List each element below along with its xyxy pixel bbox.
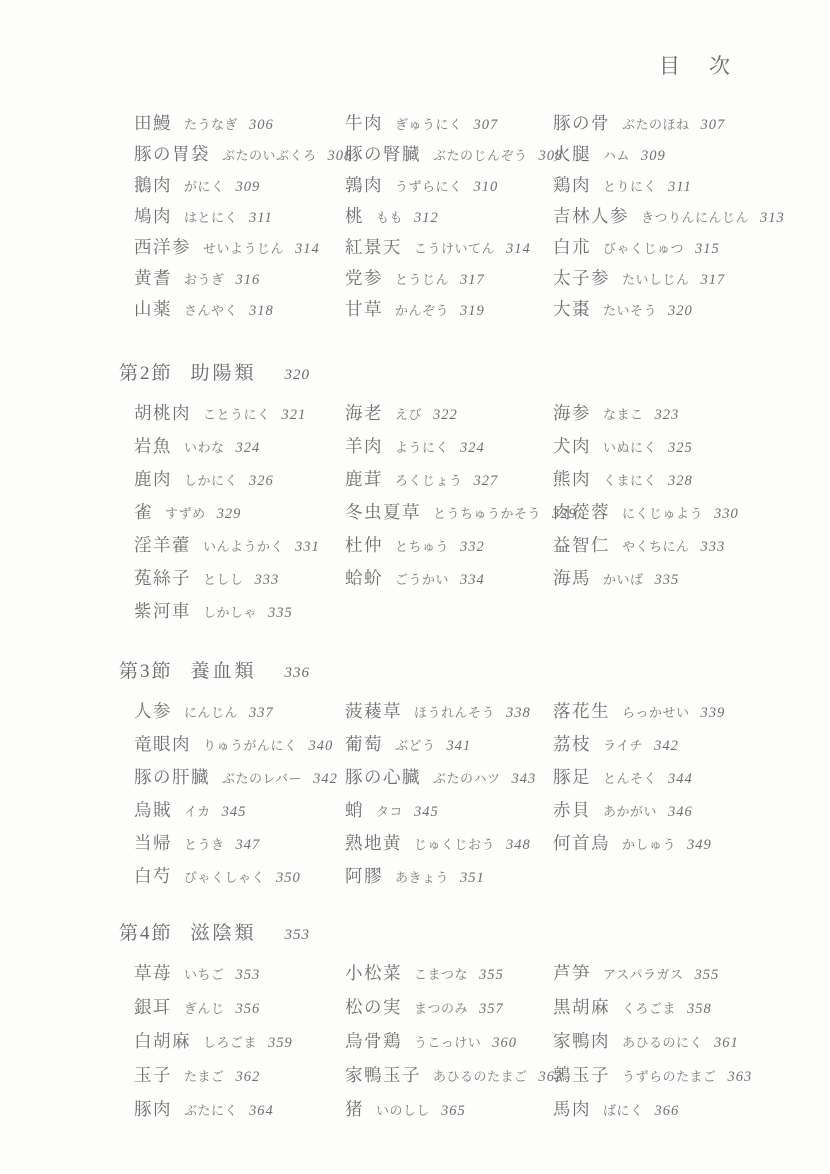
entry-term: 黒胡麻 [553, 997, 610, 1017]
entry-reading: かんぞう [395, 303, 449, 318]
entry-term: 甘草 [345, 299, 383, 319]
entry-term: 犬肉 [553, 436, 591, 456]
toc-entry: 甘草かんぞう319 [345, 296, 553, 321]
entry-term: 豚の腎臓 [345, 144, 421, 164]
toc-entry: 山薬さんやく318 [134, 296, 345, 321]
toc-entry: 人参にんじん337 [134, 698, 345, 723]
entry-term: 田鰻 [134, 113, 172, 133]
toc-entry: 鶏肉とりにく311 [553, 172, 830, 197]
entry-reading: あきょう [395, 870, 449, 885]
toc-entry: 吉林人参きつりんにんじん313 [553, 203, 830, 228]
entry-term: 牛肉 [345, 113, 383, 133]
entry-reading: びゃくしゃく [184, 870, 265, 885]
entry-reading: ろくじょう [395, 473, 463, 488]
entry-term: 草苺 [134, 963, 172, 983]
section-label: 第2節 [119, 363, 173, 384]
entry-reading: たいしじん [622, 272, 690, 287]
entry-reading: りゅうがんにく [203, 738, 298, 753]
section-rows: 胡桃肉ことうにく321海老えび322海参なまこ323岩魚いわな324羊肉ようにく… [0, 400, 830, 631]
toc-entry: 豚の心臓ぶたのハツ343 [345, 764, 553, 789]
toc-row: 草苺いちご353小松菜こまつな355芦笋アスパラガス355 [0, 960, 830, 994]
entry-term: 吉林人参 [553, 206, 629, 226]
entry-reading: とうじん [395, 272, 449, 287]
entry-reading: やくちにん [622, 539, 690, 554]
toc-entry: 蛸タコ345 [345, 797, 553, 822]
entry-page: 335 [268, 605, 293, 621]
toc-row: 竜眼肉りゅうがんにく340葡萄ぶどう341茘枝ライチ342 [0, 731, 830, 764]
entry-page: 307 [701, 117, 726, 133]
entry-reading: ばにく [603, 1103, 644, 1118]
entry-page: 330 [714, 506, 739, 522]
toc-entry: 冬虫夏草とうちゅうかそう329 [345, 499, 553, 524]
toc-entry: 海馬かいば335 [553, 565, 830, 590]
entry-page: 357 [479, 1001, 504, 1017]
entry-page: 345 [222, 804, 247, 820]
toc-row: 淫羊藿いんようかく331杜仲とちゅう332益智仁やくちにん333 [0, 532, 830, 565]
entry-term: 鶉玉子 [553, 1065, 610, 1085]
entry-page: 343 [512, 771, 537, 787]
entry-page: 316 [236, 272, 261, 288]
entry-term: 海老 [345, 403, 383, 423]
entry-term: 何首烏 [553, 833, 610, 853]
entry-term: 玉子 [134, 1065, 172, 1085]
entry-term: 鹿肉 [134, 469, 172, 489]
entry-page: 324 [236, 440, 261, 456]
toc-entry: 鶉玉子うずらのたまご363 [553, 1062, 830, 1087]
toc-entry: 益智仁やくちにん333 [553, 532, 830, 557]
entry-term: 家鴨肉 [553, 1031, 610, 1051]
entry-reading: ごうかい [395, 572, 449, 587]
entry-page: 306 [249, 117, 274, 133]
toc-entry: 淫羊藿いんようかく331 [134, 532, 345, 557]
section-page: 353 [285, 927, 311, 943]
entry-term: 豚足 [553, 767, 591, 787]
entry-term: 白朮 [553, 237, 591, 257]
entry-reading: あひるのにく [622, 1035, 703, 1050]
entry-page: 311 [249, 210, 273, 226]
entry-page: 342 [313, 771, 338, 787]
entry-reading: らっかせい [622, 705, 690, 720]
entry-page: 351 [460, 870, 485, 886]
entry-term: 益智仁 [553, 535, 610, 555]
entry-page: 335 [655, 572, 680, 588]
toc-entry: 猪いのしし365 [345, 1096, 553, 1121]
toc-row: 人参にんじん337菠薐草ほうれんそう338落花生らっかせい339 [0, 698, 830, 731]
entry-term: 竜眼肉 [134, 734, 191, 754]
toc-entry: 何首烏かしゅう349 [553, 830, 830, 855]
entry-term: 家鴨玉子 [345, 1065, 421, 1085]
toc-section: 第2節助陽類320胡桃肉ことうにく321海老えび322海参なまこ323岩魚いわな… [0, 362, 830, 631]
toc-entry: 豚の肝臓ぶたのレバー342 [134, 764, 345, 789]
toc-row: 当帰とうき347熟地黄じゅくじおう348何首烏かしゅう349 [0, 830, 830, 863]
toc-entry: 銀耳ぎんじ356 [134, 994, 345, 1019]
entry-page: 333 [701, 539, 726, 555]
toc-entry: 太子参たいしじん317 [553, 265, 830, 290]
entry-term: 海馬 [553, 568, 591, 588]
entry-reading: アスパラガス [603, 967, 683, 982]
toc-entry: 羊肉ようにく324 [345, 433, 553, 458]
entry-reading: とりにく [603, 179, 657, 194]
entry-reading: ぶたのじんぞう [433, 148, 528, 163]
entry-reading: さんやく [184, 303, 238, 318]
section-rows: 田鰻たうなぎ306牛肉ぎゅうにく307豚の骨ぶたのほね307豚の胃袋ぶたのいぶく… [0, 110, 830, 327]
entry-reading: ぶたのいぶくろ [222, 148, 317, 163]
entry-reading: せいようじん [203, 241, 284, 256]
section-page: 336 [285, 665, 311, 681]
toc-entry: 芦笋アスパラガス355 [553, 960, 830, 985]
entry-reading: うずらにく [395, 179, 463, 194]
toc-entry: 豚の腎臓ぶたのじんぞう308 [345, 141, 553, 166]
entry-page: 356 [236, 1001, 261, 1017]
entry-reading: がにく [184, 179, 225, 194]
toc-entry: 杜仲とちゅう332 [345, 532, 553, 557]
entry-reading: ぶどう [395, 738, 436, 753]
entry-page: 320 [668, 303, 693, 319]
entry-term: 鶉肉 [345, 175, 383, 195]
section-name: 滋陰類 [191, 923, 257, 944]
entry-reading: うずらのたまご [622, 1069, 717, 1084]
toc-entry: 黄耆おうぎ316 [134, 265, 345, 290]
entry-page: 348 [506, 837, 531, 853]
entry-page: 318 [249, 303, 274, 319]
entry-term: 火腿 [553, 144, 591, 164]
entry-term: 小松菜 [345, 963, 402, 983]
entry-page: 333 [255, 572, 280, 588]
toc-entry: 菟絲子としし333 [134, 565, 345, 590]
entry-term: 鳩肉 [134, 206, 172, 226]
entry-term: 肉蓯蓉 [553, 502, 610, 522]
entry-term: 鹿茸 [345, 469, 383, 489]
toc-row: 山薬さんやく318甘草かんぞう319大棗たいそう320 [0, 296, 830, 327]
entry-page: 313 [760, 210, 785, 226]
entry-term: 羊肉 [345, 436, 383, 456]
entry-term: 大棗 [553, 299, 591, 319]
toc-section: 第4節滋陰類353草苺いちご353小松菜こまつな355芦笋アスパラガス355銀耳… [0, 922, 830, 1130]
entry-term: 西洋参 [134, 237, 191, 257]
entry-term: 人参 [134, 701, 172, 721]
entry-reading: ぶたのレバー [222, 771, 302, 786]
entry-page: 345 [414, 804, 439, 820]
toc-entry: 葡萄ぶどう341 [345, 731, 553, 756]
entry-term: 烏賊 [134, 800, 172, 820]
entry-reading: いわな [184, 440, 225, 455]
toc-row: 田鰻たうなぎ306牛肉ぎゅうにく307豚の骨ぶたのほね307 [0, 110, 830, 141]
section-name: 助陽類 [191, 363, 257, 384]
entry-term: 太子参 [553, 268, 610, 288]
entry-term: 白芍 [134, 866, 172, 886]
toc-entry: 胡桃肉ことうにく321 [134, 400, 345, 425]
entry-page: 314 [506, 241, 531, 257]
entry-reading: ぎんじ [184, 1001, 225, 1016]
entry-page: 331 [295, 539, 320, 555]
toc-entry: 黒胡麻くろごま358 [553, 994, 830, 1019]
entry-reading: にくじゅよう [622, 506, 703, 521]
toc-entry: 海参なまこ323 [553, 400, 830, 425]
entry-reading: いぬにく [603, 440, 657, 455]
toc-section: 田鰻たうなぎ306牛肉ぎゅうにく307豚の骨ぶたのほね307豚の胃袋ぶたのいぶく… [0, 110, 830, 327]
toc-row: 銀耳ぎんじ356松の実まつのみ357黒胡麻くろごま358 [0, 994, 830, 1028]
toc-entry: 火腿ハム309 [553, 141, 830, 166]
entry-page: 360 [492, 1035, 517, 1051]
entry-reading: いのしし [376, 1103, 430, 1118]
entry-term: 豚の胃袋 [134, 144, 210, 164]
toc-entry: 落花生らっかせい339 [553, 698, 830, 723]
entry-reading: ぎゅうにく [395, 117, 463, 132]
entry-page: 323 [655, 407, 680, 423]
entry-reading: ぶたのハツ [433, 771, 501, 786]
entry-reading: あひるのたまご [433, 1069, 528, 1084]
toc-row: 豚の肝臓ぶたのレバー342豚の心臓ぶたのハツ343豚足とんそく344 [0, 764, 830, 797]
entry-reading: しかにく [184, 473, 238, 488]
entry-page: 324 [460, 440, 485, 456]
toc: 田鰻たうなぎ306牛肉ぎゅうにく307豚の骨ぶたのほね307豚の胃袋ぶたのいぶく… [0, 110, 830, 1130]
entry-page: 346 [668, 804, 693, 820]
section-label: 第4節 [119, 923, 173, 944]
entry-page: 314 [295, 241, 320, 257]
entry-reading: もも [376, 210, 403, 225]
entry-reading: とうちゅうかそう [433, 506, 541, 521]
toc-entry: 赤貝あかがい346 [553, 797, 830, 822]
section-rows: 人参にんじん337菠薐草ほうれんそう338落花生らっかせい339竜眼肉りゅうがん… [0, 698, 830, 896]
entry-page: 355 [479, 967, 504, 983]
entry-reading: すずめ [165, 506, 206, 521]
toc-entry: 鵝肉がにく309 [134, 172, 345, 197]
entry-page: 364 [249, 1103, 274, 1119]
toc-entry: 家鴨玉子あひるのたまご363 [345, 1062, 553, 1087]
entry-page: 353 [236, 967, 261, 983]
entry-term: 豚の肝臓 [134, 767, 210, 787]
entry-reading: かしゅう [622, 837, 676, 852]
entry-page: 317 [460, 272, 485, 288]
toc-entry: 雀すずめ329 [134, 499, 345, 524]
entry-reading: ことうにく [203, 407, 271, 422]
entry-page: 350 [276, 870, 301, 886]
toc-entry: 熟地黄じゅくじおう348 [345, 830, 553, 855]
entry-reading: しろごま [203, 1035, 257, 1050]
entry-term: 鵝肉 [134, 175, 172, 195]
entry-term: 馬肉 [553, 1099, 591, 1119]
entry-term: 蛤蚧 [345, 568, 383, 588]
toc-row: 白芍びゃくしゃく350阿膠あきょう351 [0, 863, 830, 896]
toc-entry: 鹿茸ろくじょう327 [345, 466, 553, 491]
entry-reading: イカ [184, 804, 211, 819]
toc-entry: 西洋参せいようじん314 [134, 234, 345, 259]
entry-reading: たいそう [603, 303, 657, 318]
entry-page: 355 [694, 967, 719, 983]
entry-page: 359 [268, 1035, 293, 1051]
toc-entry: 桃もも312 [345, 203, 553, 228]
entry-term: 茘枝 [553, 734, 591, 754]
entry-page: 309 [236, 179, 261, 195]
toc-entry: 草苺いちご353 [134, 960, 345, 985]
toc-entry: 大棗たいそう320 [553, 296, 830, 321]
entry-term: 冬虫夏草 [345, 502, 421, 522]
page-title: 目 次 [659, 50, 734, 80]
entry-reading: くろごま [622, 1001, 676, 1016]
entry-term: 猪 [345, 1099, 364, 1119]
entry-reading: たまご [184, 1069, 225, 1084]
toc-row: 烏賊イカ345蛸タコ345赤貝あかがい346 [0, 797, 830, 830]
entry-page: 310 [474, 179, 499, 195]
entry-reading: なまこ [603, 407, 644, 422]
toc-entry: 烏賊イカ345 [134, 797, 345, 822]
toc-row: 白胡麻しろごま359烏骨鶏うこっけい360家鴨肉あひるのにく361 [0, 1028, 830, 1062]
entry-page: 309 [641, 148, 666, 164]
entry-page: 358 [687, 1001, 712, 1017]
toc-entry: 党参とうじん317 [345, 265, 553, 290]
entry-term: 芦笋 [553, 963, 591, 983]
toc-entry: 玉子たまご362 [134, 1062, 345, 1087]
toc-entry: 鹿肉しかにく326 [134, 466, 345, 491]
entry-term: 赤貝 [553, 800, 591, 820]
toc-row: 胡桃肉ことうにく321海老えび322海参なまこ323 [0, 400, 830, 433]
entry-reading: ほうれんそう [414, 705, 495, 720]
toc-entry: 豚の胃袋ぶたのいぶくろ308 [134, 141, 345, 166]
toc-entry: 家鴨肉あひるのにく361 [553, 1028, 830, 1053]
entry-reading: えび [395, 407, 422, 422]
toc-entry: 松の実まつのみ357 [345, 994, 553, 1019]
entry-page: 315 [695, 241, 720, 257]
entry-reading: まつのみ [414, 1001, 468, 1016]
entry-page: 361 [714, 1035, 739, 1051]
toc-entry: 白朮びゃくじゅつ315 [553, 234, 830, 259]
entry-reading: いちご [184, 967, 225, 982]
toc-entry: 豚肉ぶたにく364 [134, 1096, 345, 1121]
entry-reading: たうなぎ [184, 117, 238, 132]
toc-entry: 鳩肉はとにく311 [134, 203, 345, 228]
entry-page: 340 [309, 738, 334, 754]
entry-reading: しかしゃ [203, 605, 257, 620]
entry-page: 325 [668, 440, 693, 456]
entry-page: 334 [460, 572, 485, 588]
toc-entry: 岩魚いわな324 [134, 433, 345, 458]
toc-row: 紫河車しかしゃ335 [0, 598, 830, 631]
section-page: 320 [285, 367, 311, 383]
entry-term: 熊肉 [553, 469, 591, 489]
entry-page: 337 [249, 705, 274, 721]
entry-term: 岩魚 [134, 436, 172, 456]
toc-entry: 烏骨鶏うこっけい360 [345, 1028, 553, 1053]
toc-entry: 熊肉くまにく328 [553, 466, 830, 491]
entry-page: 322 [433, 407, 458, 423]
entry-reading: とうき [184, 837, 225, 852]
entry-page: 327 [474, 473, 499, 489]
entry-page: 366 [655, 1103, 680, 1119]
entry-page: 326 [249, 473, 274, 489]
entry-page: 341 [447, 738, 472, 754]
entry-reading: かいば [603, 572, 644, 587]
toc-entry: 小松菜こまつな355 [345, 960, 553, 985]
toc-row: 岩魚いわな324羊肉ようにく324犬肉いぬにく325 [0, 433, 830, 466]
entry-page: 338 [506, 705, 531, 721]
toc-row: 鵝肉がにく309鶉肉うずらにく310鶏肉とりにく311 [0, 172, 830, 203]
toc-entry: 牛肉ぎゅうにく307 [345, 110, 553, 135]
entry-term: 豚の骨 [553, 113, 610, 133]
entry-term: 紫河車 [134, 601, 191, 621]
entry-term: 胡桃肉 [134, 403, 191, 423]
entry-page: 312 [414, 210, 439, 226]
entry-reading: いんようかく [203, 539, 284, 554]
entry-term: 紅景天 [345, 237, 402, 257]
entry-reading: あかがい [603, 804, 657, 819]
entry-page: 317 [701, 272, 726, 288]
entry-reading: うこっけい [414, 1035, 481, 1050]
entry-term: 海参 [553, 403, 591, 423]
toc-entry: 当帰とうき347 [134, 830, 345, 855]
entry-page: 342 [654, 738, 679, 754]
entry-term: 葡萄 [345, 734, 383, 754]
entry-term: 蛸 [345, 800, 364, 820]
entry-page: 319 [460, 303, 485, 319]
scanned-toc-page: 目 次 田鰻たうなぎ306牛肉ぎゅうにく307豚の骨ぶたのほね307豚の胃袋ぶた… [0, 0, 830, 1174]
entry-page: 363 [728, 1069, 753, 1085]
toc-entry: 豚足とんそく344 [553, 764, 830, 789]
entry-term: 阿膠 [345, 866, 383, 886]
entry-page: 329 [217, 506, 242, 522]
entry-page: 311 [668, 179, 692, 195]
entry-term: 桃 [345, 206, 364, 226]
toc-entry: 紅景天こうけいてん314 [345, 234, 553, 259]
entry-page: 307 [474, 117, 499, 133]
entry-term: 菟絲子 [134, 568, 191, 588]
entry-reading: ハム [603, 148, 630, 163]
toc-entry: 肉蓯蓉にくじゅよう330 [553, 499, 830, 524]
entry-reading: とんそく [603, 771, 657, 786]
toc-row: 鹿肉しかにく326鹿茸ろくじょう327熊肉くまにく328 [0, 466, 830, 499]
section-rows: 草苺いちご353小松菜こまつな355芦笋アスパラガス355銀耳ぎんじ356松の実… [0, 960, 830, 1130]
toc-row: 雀すずめ329冬虫夏草とうちゅうかそう329肉蓯蓉にくじゅよう330 [0, 499, 830, 532]
entry-reading: にんじん [184, 705, 238, 720]
toc-entry: 紫河車しかしゃ335 [134, 598, 345, 623]
toc-row: 鳩肉はとにく311桃もも312吉林人参きつりんにんじん313 [0, 203, 830, 234]
entry-page: 349 [687, 837, 712, 853]
entry-reading: こまつな [414, 967, 468, 982]
toc-entry: 菠薐草ほうれんそう338 [345, 698, 553, 723]
section-name: 養血類 [191, 661, 257, 682]
entry-reading: くまにく [603, 473, 657, 488]
entry-reading: としし [203, 572, 244, 587]
toc-entry: 白芍びゃくしゃく350 [134, 863, 345, 888]
section-header: 第4節滋陰類353 [0, 922, 830, 946]
toc-entry: 田鰻たうなぎ306 [134, 110, 345, 135]
toc-entry: 阿膠あきょう351 [345, 863, 553, 888]
entry-term: 杜仲 [345, 535, 383, 555]
entry-term: 落花生 [553, 701, 610, 721]
entry-term: 山薬 [134, 299, 172, 319]
entry-term: 熟地黄 [345, 833, 402, 853]
entry-term: 豚肉 [134, 1099, 172, 1119]
toc-entry: 馬肉ばにく366 [553, 1096, 830, 1121]
entry-page: 339 [701, 705, 726, 721]
entry-reading: きつりんにんじん [641, 210, 749, 225]
entry-term: 黄耆 [134, 268, 172, 288]
entry-reading: おうぎ [184, 272, 225, 287]
toc-entry: 海老えび322 [345, 400, 553, 425]
entry-term: 当帰 [134, 833, 172, 853]
entry-reading: ライチ [603, 738, 643, 753]
section-header: 第3節養血類336 [0, 660, 830, 684]
toc-entry: 鶉肉うずらにく310 [345, 172, 553, 197]
toc-entry: 犬肉いぬにく325 [553, 433, 830, 458]
section-label: 第3節 [119, 661, 173, 682]
entry-page: 347 [236, 837, 261, 853]
entry-page: 362 [236, 1069, 261, 1085]
entry-page: 332 [460, 539, 485, 555]
entry-page: 344 [668, 771, 693, 787]
entry-page: 365 [441, 1103, 466, 1119]
entry-page: 321 [282, 407, 307, 423]
entry-reading: ぶたにく [184, 1103, 238, 1118]
